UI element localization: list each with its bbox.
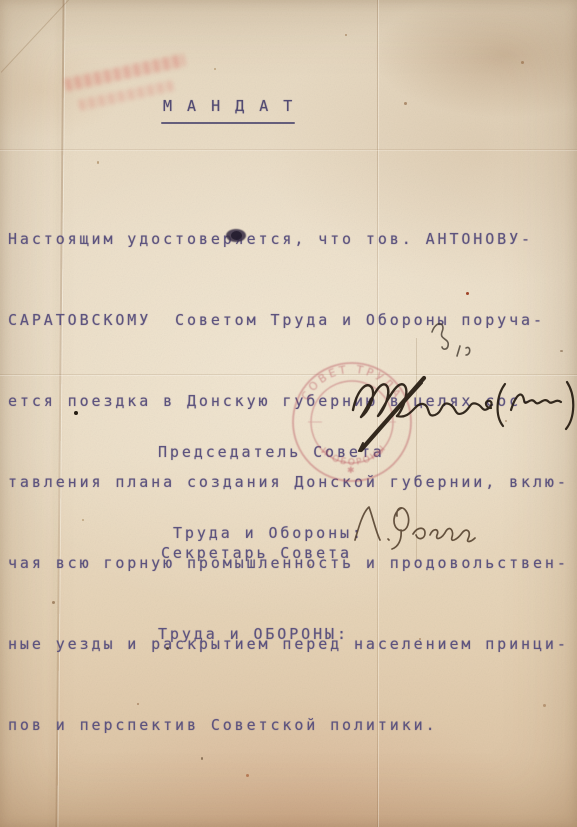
paper-grain-texture: [0, 0, 577, 827]
scanned-mandate-document: М А Н Д А Т Настоящим удостоверяется, чт…: [0, 0, 577, 827]
